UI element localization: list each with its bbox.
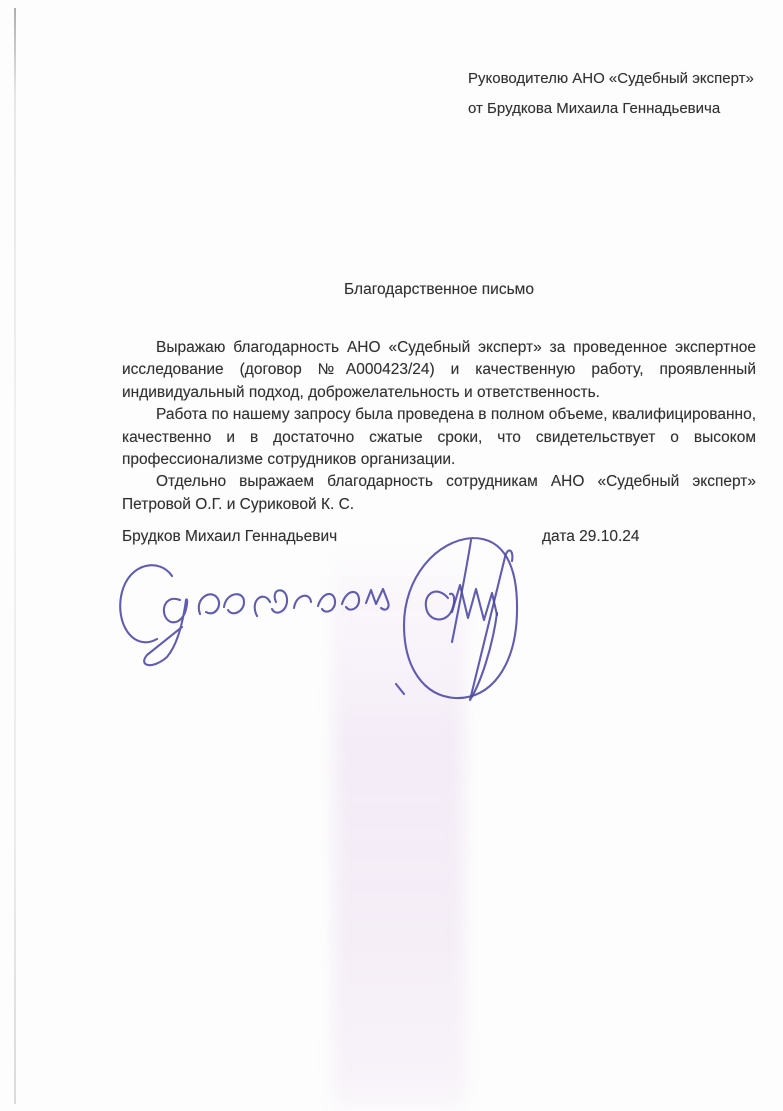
paragraph-gratitude: Выражаю благодарность АНО «Судебный эксп… xyxy=(122,337,756,404)
handwriting-layer xyxy=(95,515,545,725)
letter-body: Выражаю благодарность АНО «Судебный эксп… xyxy=(122,337,756,516)
signature-icon xyxy=(396,538,517,700)
handwritten-regards-icon xyxy=(120,565,388,665)
sender-line: от Брудкова Михаила Геннадьевича xyxy=(468,100,754,118)
letter-title: Благодарственное письмо xyxy=(122,281,756,299)
recipient-line: Руководителю АНО «Судебный эксперт» xyxy=(468,70,754,88)
paragraph-staff-thanks: Отдельно выражаем благодарность сотрудни… xyxy=(122,471,756,516)
date-label: дата 29.10.24 xyxy=(542,528,640,546)
handwriting-svg xyxy=(95,515,545,720)
scanned-letter-page: Руководителю АНО «Судебный эксперт» от Б… xyxy=(0,0,783,1111)
paragraph-work-quality: Работа по нашему запросу была проведена … xyxy=(122,404,756,471)
recipient-block: Руководителю АНО «Судебный эксперт» от Б… xyxy=(468,70,754,130)
scan-artifact-line xyxy=(14,8,16,1104)
